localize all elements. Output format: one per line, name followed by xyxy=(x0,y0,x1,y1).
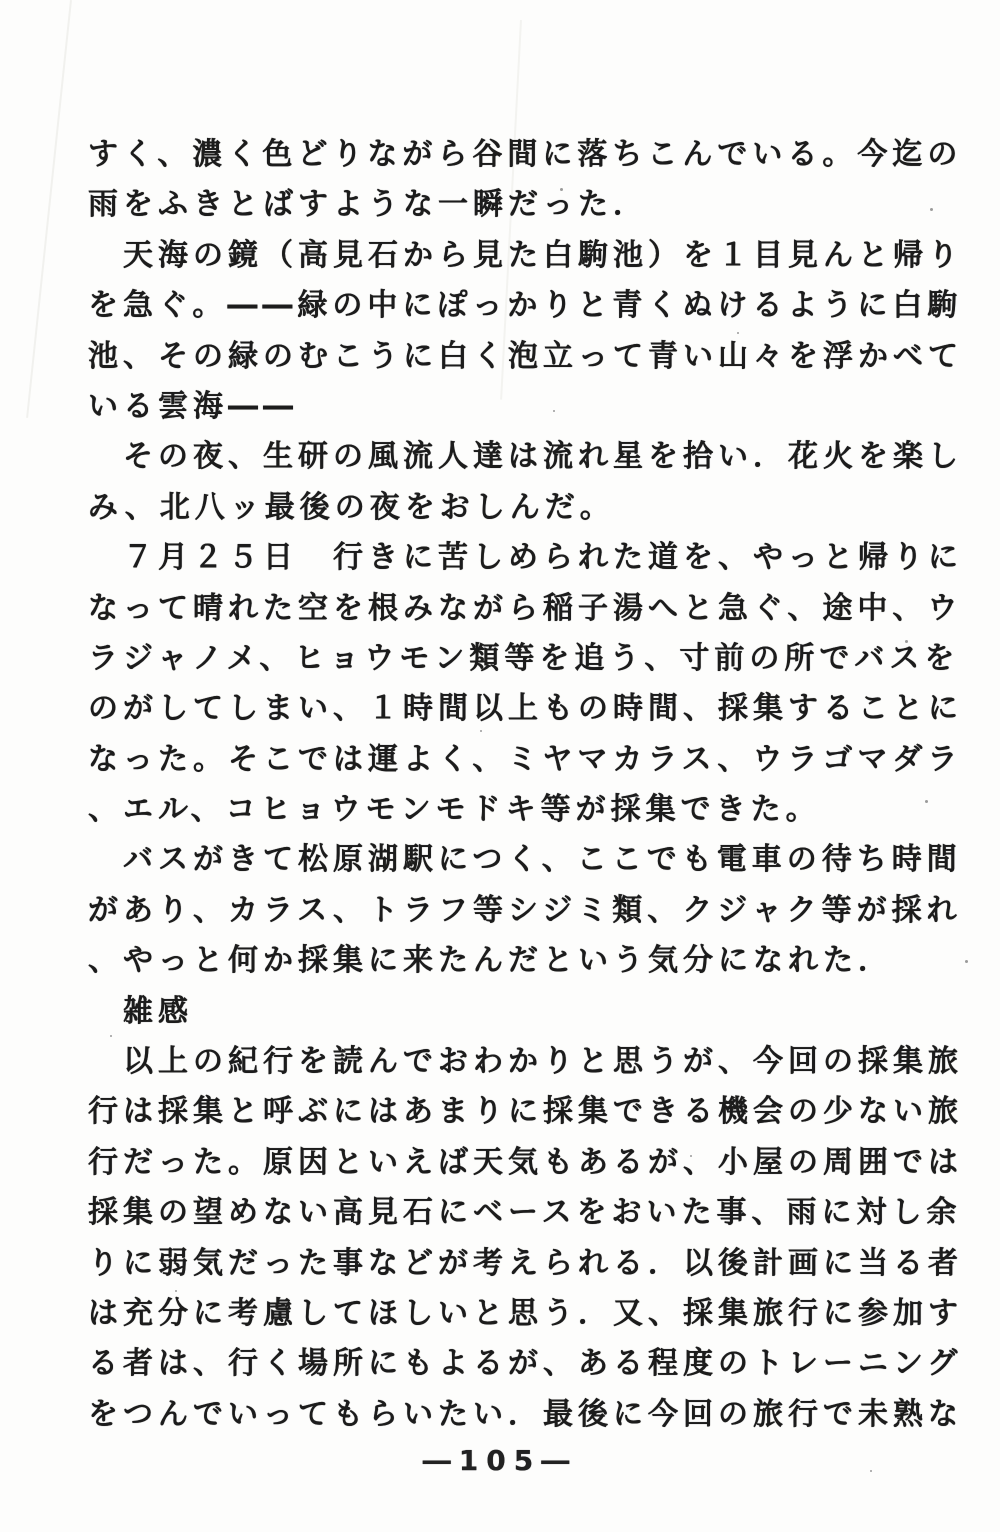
scan-speck xyxy=(737,332,739,334)
scan-speck xyxy=(905,640,908,643)
text-line: 行だった。原因といえば天気もあるが、小屋の周囲では xyxy=(88,1138,958,1188)
text-line: なって晴れた空を根みながら稲子湯へと急ぐ、途中、ウ xyxy=(88,584,958,634)
text-line: 天海の鏡（高見石から見た白駒池）を１目見んと帰り xyxy=(88,231,958,281)
text-line: があり、カラス、トラフ等シジミ類、クジャク等が採れ xyxy=(88,886,958,936)
scan-speck xyxy=(930,208,933,211)
scan-speck xyxy=(175,1290,177,1292)
scan-speck xyxy=(690,1155,692,1157)
essay-text-block: すく、濃く色どりながら谷間に落ちこんでいる。今迄の 雨をふきとばすような一瞬だっ… xyxy=(88,130,958,1440)
text-line: は充分に考慮してほしいと思う．又、採集旅行に参加す xyxy=(88,1289,958,1339)
text-line: りに弱気だった事などが考えられる．以後計画に当る者 xyxy=(88,1239,958,1289)
text-line: をつんでいってもらいたい．最後に今回の旅行で未熟な xyxy=(88,1390,958,1440)
section-heading: 雑感 xyxy=(88,987,958,1037)
text-line: バスがきて松原湖駅につく、ここでも電車の待ち時間 xyxy=(88,835,958,885)
scanned-document-page: すく、濃く色どりながら谷間に落ちこんでいる。今迄の 雨をふきとばすような一瞬だっ… xyxy=(0,0,1000,1532)
text-line: み、北八ッ最後の夜をおしんだ。 xyxy=(88,483,958,533)
text-line: 採集の望めない高見石にベースをおいた事、雨に対し余 xyxy=(88,1188,958,1238)
text-line: いる雲海―― xyxy=(88,382,958,432)
text-line: 行は採集と呼ぶにはあまりに採集できる機会の少ない旅 xyxy=(88,1087,958,1137)
scan-scratch xyxy=(26,0,72,418)
scan-speck xyxy=(110,1035,112,1037)
scan-speck xyxy=(870,1470,872,1472)
scan-speck xyxy=(965,960,968,963)
page-number: ―105― xyxy=(0,1444,1000,1477)
scan-speck xyxy=(553,410,555,412)
scan-speck xyxy=(480,730,482,732)
scan-speck xyxy=(925,800,928,803)
text-line: 、エル、コヒョウモンモドキ等が採集できた。 xyxy=(88,785,958,835)
text-line: 雨をふきとばすような一瞬だった． xyxy=(88,180,958,230)
scan-speck xyxy=(560,188,563,191)
text-line: ラジャノメ、ヒョウモン類等を追う、寸前の所でバスを xyxy=(88,634,958,684)
text-line: その夜、生研の風流人達は流れ星を拾い．花火を楽し xyxy=(88,432,958,482)
text-line: を急ぐ。――緑の中にぽっかりと青くぬけるように白駒 xyxy=(88,281,958,331)
text-line: すく、濃く色どりながら谷間に落ちこんでいる。今迄の xyxy=(88,130,958,180)
text-line: なった。そこでは運よく、ミヤマカラス、ウラゴマダラ xyxy=(88,735,958,785)
text-line: 、やっと何か採集に来たんだという気分になれた． xyxy=(88,936,958,986)
text-line: 池、その緑のむこうに白く泡立って青い山々を浮かべて xyxy=(88,332,958,382)
text-line: ７月２５日 行きに苦しめられた道を、やっと帰りに xyxy=(88,533,958,583)
text-line: 以上の紀行を読んでおわかりと思うが、今回の採集旅 xyxy=(88,1037,958,1087)
text-line: のがしてしまい、１時間以上もの時間、採集することに xyxy=(88,684,958,734)
text-line: る者は、行く場所にもよるが、ある程度のトレーニング xyxy=(88,1339,958,1389)
